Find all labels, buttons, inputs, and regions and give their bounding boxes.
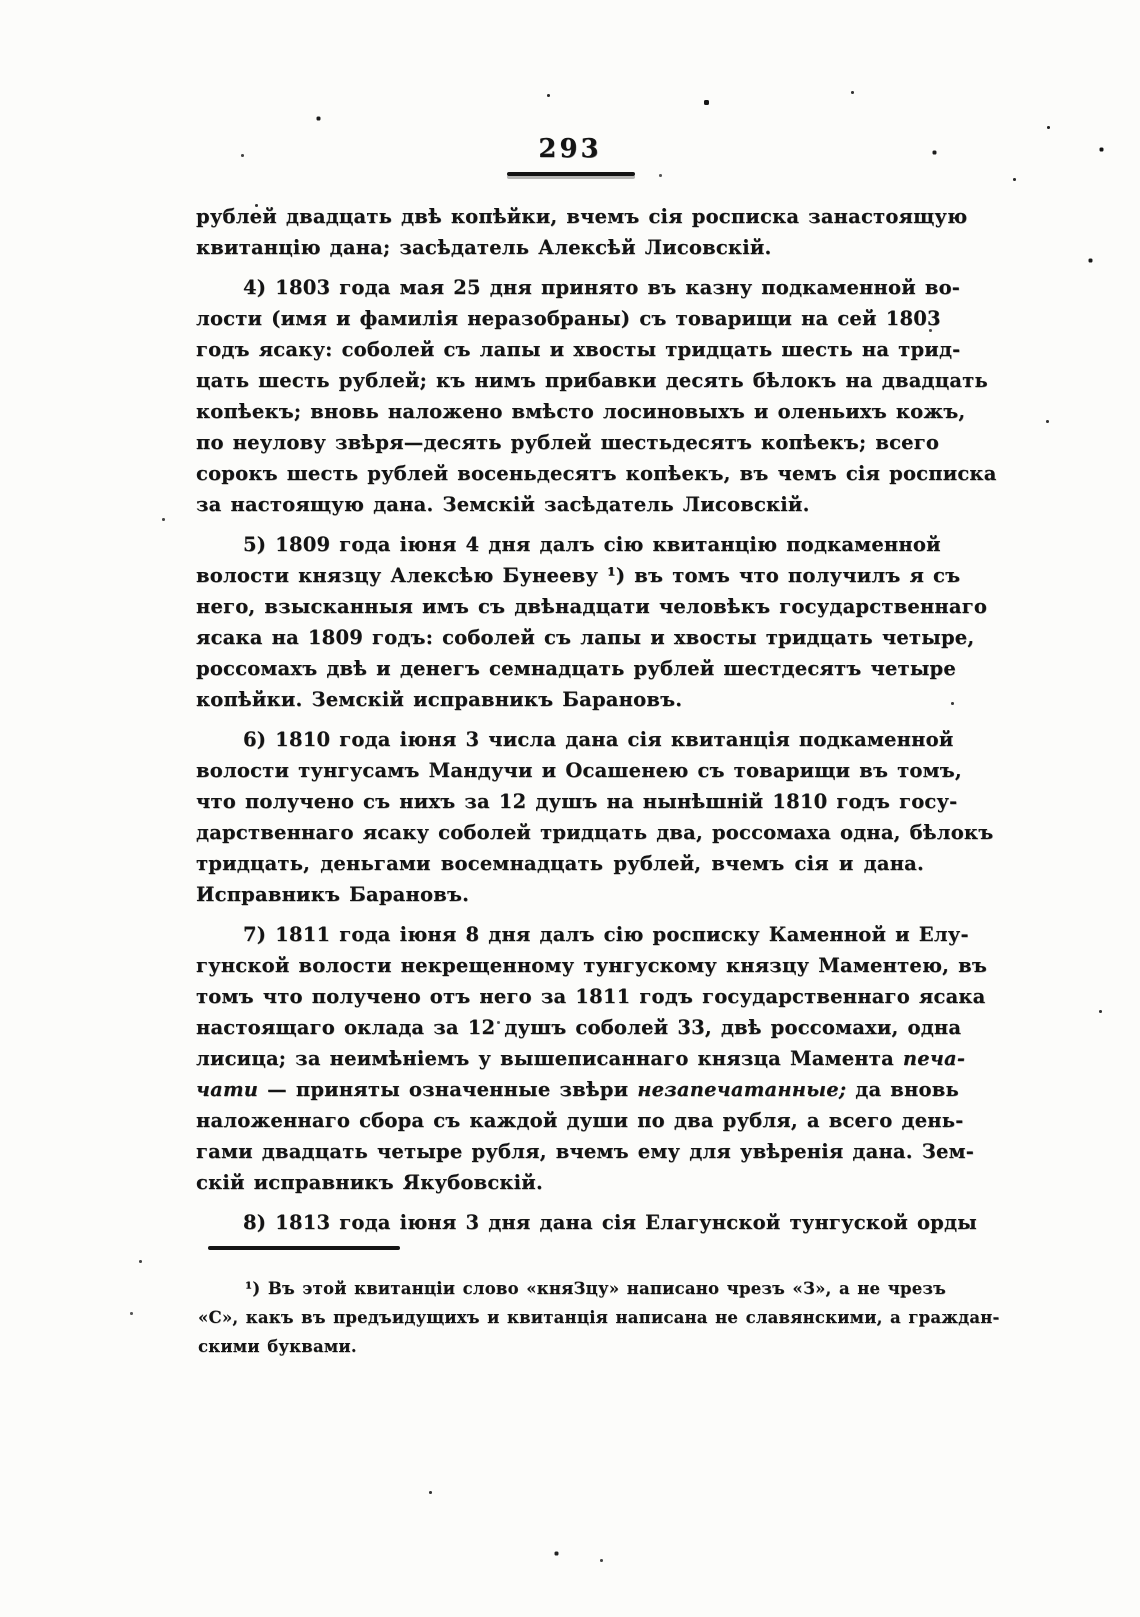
text-line: за настоящую дана. Земскій засѣдатель Ли… (196, 489, 924, 520)
text-line: что получено съ нихъ за 12 душъ на нынѣш… (196, 786, 924, 817)
text-line: лости (имя и фамилія неразобраны) съ тов… (196, 303, 924, 334)
text-line: скій исправникъ Якубовскій. (196, 1167, 924, 1198)
text-line: дарственнаго ясаку соболей тридцать два,… (196, 817, 924, 848)
text-line: рублей двадцать двѣ копѣйки, вчемъ сія р… (196, 201, 924, 232)
paragraph-item-4: 4) 1803 года мая 25 дня принято въ казну… (196, 272, 924, 520)
text-line: гами двадцать четыре рубля, вчемъ ему дл… (196, 1136, 924, 1167)
text-line: томъ что получено отъ него за 1811 годъ … (196, 981, 924, 1012)
text-segment-italic: незапечатанные; (637, 1078, 846, 1101)
paragraph-item-7: 7) 1811 года іюня 8 дня далъ сію росписк… (196, 919, 924, 1198)
scan-speckles (0, 0, 1, 1)
text-segment: — приняты означенные звѣри (258, 1078, 637, 1101)
text-line: 8) 1813 года іюня 3 дня дана сія Елагунс… (196, 1207, 924, 1238)
text-line: настоящаго оклада за 12 душъ соболей 33,… (196, 1012, 924, 1043)
text-line: 6) 1810 года іюня 3 числа дана сія квита… (196, 724, 924, 755)
text-line: лисица; за неимѣніемъ у вышеписаннаго кн… (196, 1043, 924, 1074)
text-line: него, взысканныя имъ съ двѣнадцати челов… (196, 591, 924, 622)
text-segment: да вновь (846, 1078, 959, 1101)
footnote-line: ¹) Въ этой квитанціи слово «княЗцу» напи… (198, 1274, 930, 1303)
text-line: 7) 1811 года іюня 8 дня далъ сію росписк… (196, 919, 924, 950)
text-line: сорокъ шесть рублей восеньдесятъ копѣекъ… (196, 458, 924, 489)
text-line: по неулову звѣря—десять рублей шестьдеся… (196, 427, 924, 458)
scanned-page: 293 рублей двадцать двѣ копѣйки, вчемъ с… (0, 0, 1140, 1617)
text-line: наложеннаго сбора съ каждой души по два … (196, 1105, 924, 1136)
text-line: тридцать, деньгами восемнадцать рублей, … (196, 848, 924, 879)
page-number: 293 (0, 134, 1140, 164)
text-segment-italic: чати (196, 1078, 258, 1101)
text-line: гунской волости некрещенному тунгускому … (196, 950, 924, 981)
text-line: волости тунгусамъ Мандучи и Осашенею съ … (196, 755, 924, 786)
footnote-rule (208, 1246, 400, 1250)
text-line: 4) 1803 года мая 25 дня принято въ казну… (196, 272, 924, 303)
footnote-line: скими буквами. (198, 1332, 930, 1361)
paragraph-item-6: 6) 1810 года іюня 3 числа дана сія квита… (196, 724, 924, 910)
text-line: квитанцію дана; засѣдатель Алексѣй Лисов… (196, 232, 924, 263)
text-line: 5) 1809 года іюня 4 дня далъ сію квитанц… (196, 529, 924, 560)
text-line: россомахъ двѣ и денегъ семнадцать рублей… (196, 653, 924, 684)
body-text: рублей двадцать двѣ копѣйки, вчемъ сія р… (196, 201, 924, 1238)
paragraph-continuation: рублей двадцать двѣ копѣйки, вчемъ сія р… (196, 201, 924, 263)
text-line: Исправникъ Барановъ. (196, 879, 924, 910)
text-line: волости князцу Алексѣю Бунееву ¹) въ том… (196, 560, 924, 591)
paragraph-item-8: 8) 1813 года іюня 3 дня дана сія Елагунс… (196, 1207, 924, 1238)
text-line: ясака на 1809 годъ: соболей съ лапы и хв… (196, 622, 924, 653)
text-line: цать шесть рублей; къ нимъ прибавки деся… (196, 365, 924, 396)
footnote: ¹) Въ этой квитанціи слово «княЗцу» напи… (198, 1274, 930, 1361)
text-line: годъ ясаку: соболей съ лапы и хвосты три… (196, 334, 924, 365)
text-line: копѣйки. Земскій исправникъ Барановъ. (196, 684, 924, 715)
text-line: чати — приняты означенные звѣри незапеча… (196, 1074, 924, 1105)
footnote-line: «С», какъ въ предъидущихъ и квитанція на… (198, 1303, 930, 1332)
paragraph-item-5: 5) 1809 года іюня 4 дня далъ сію квитанц… (196, 529, 924, 715)
text-segment: лисица; за неимѣніемъ у вышеписаннаго кн… (196, 1047, 903, 1070)
text-segment-italic: печа- (903, 1047, 965, 1070)
page-number-rule (507, 172, 635, 176)
text-line: копѣекъ; вновь наложено вмѣсто лосиновых… (196, 396, 924, 427)
